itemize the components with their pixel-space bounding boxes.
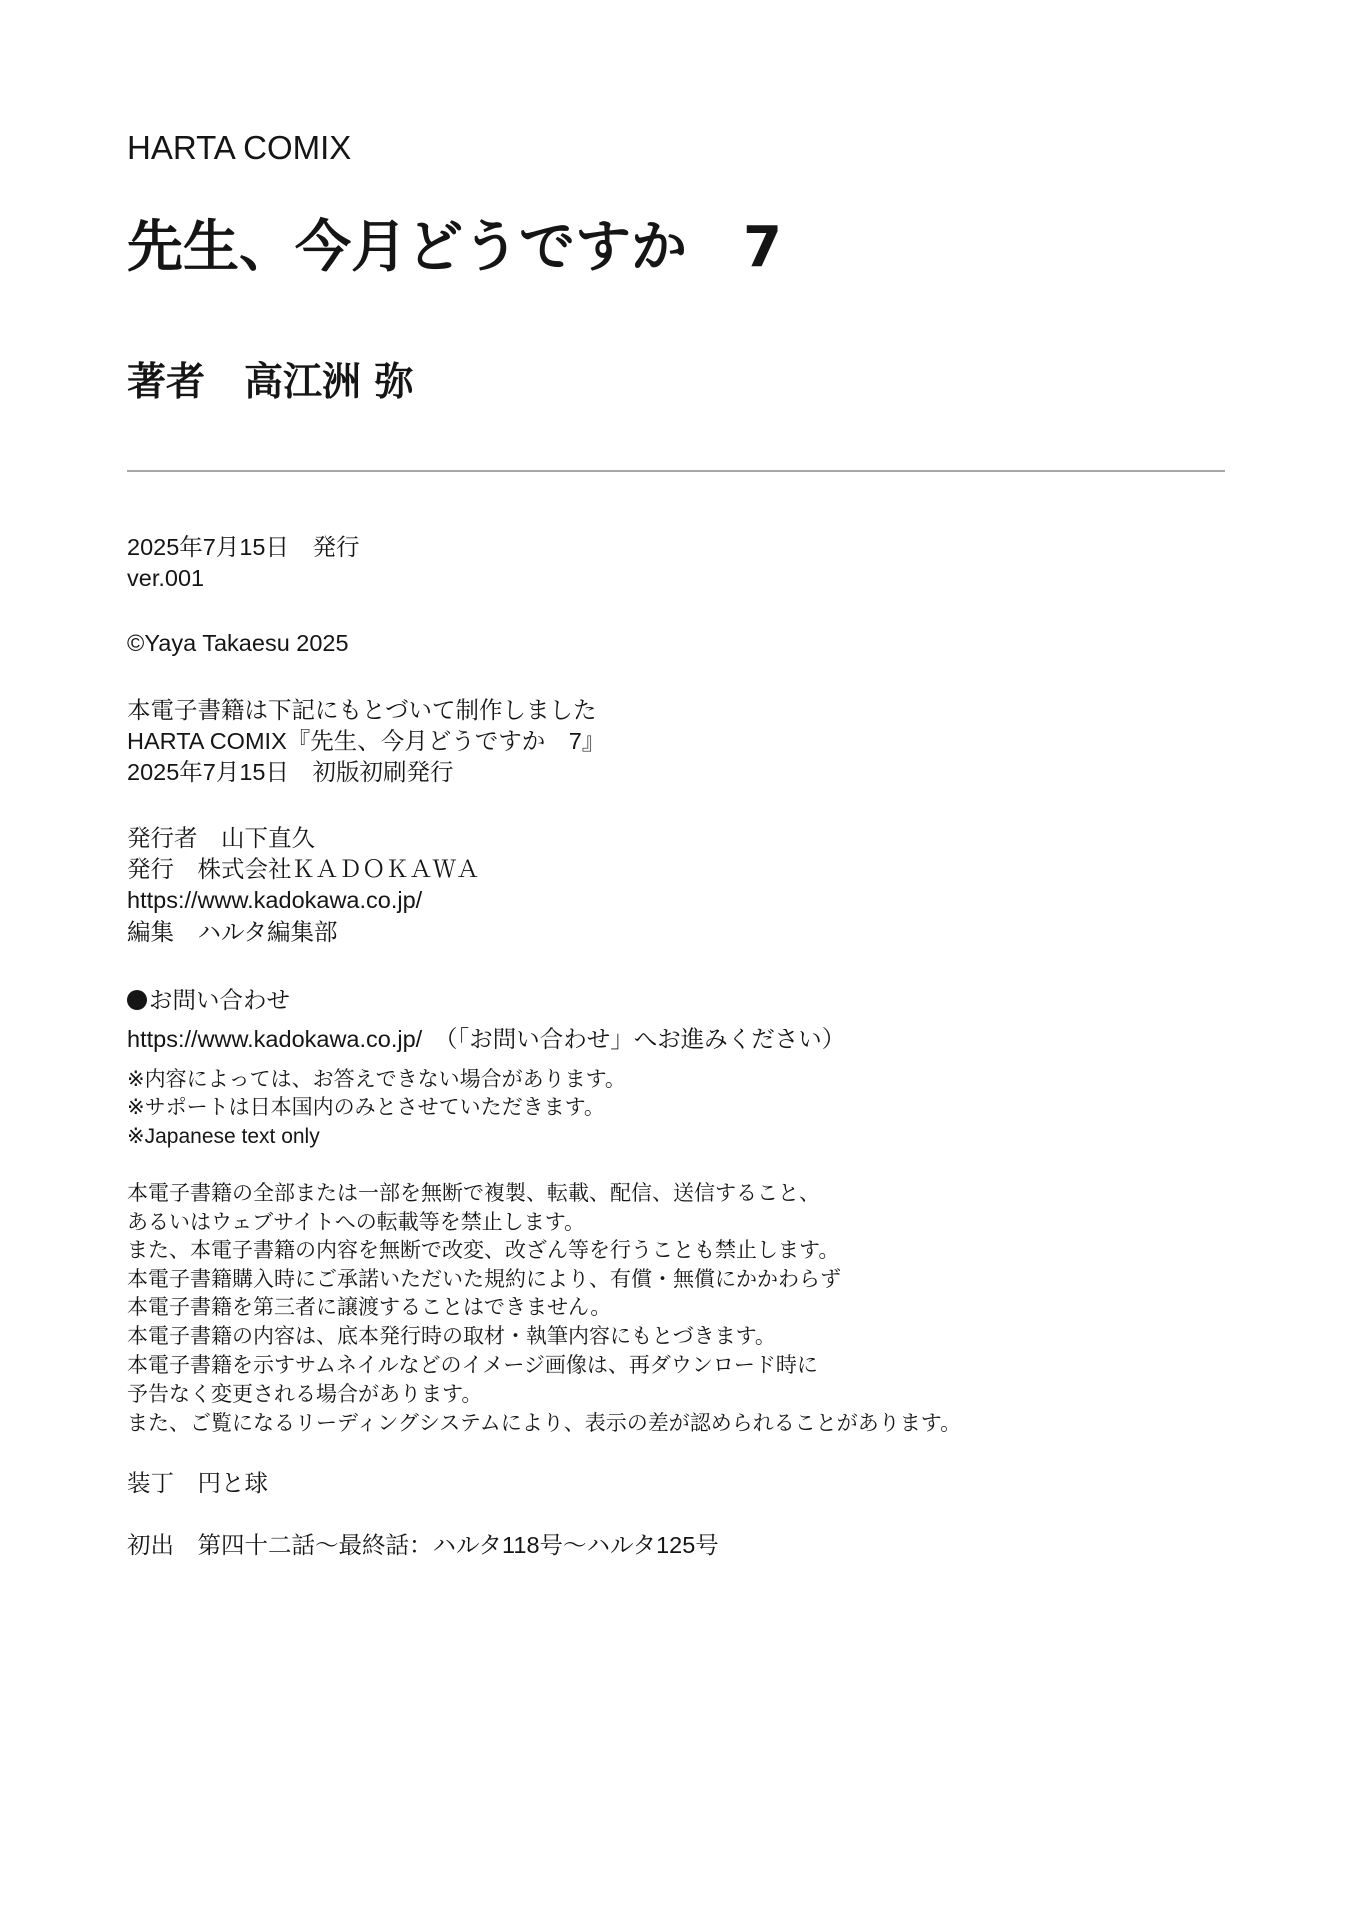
contact-note: ※Japanese text only [127, 1126, 320, 1147]
source-line-3: 2025年7月15日 初版初刷発行 [127, 761, 454, 785]
copyright-notice: ©Yaya Takaesu 2025 [127, 632, 349, 656]
bullet-icon [127, 990, 147, 1010]
legal-line: 本電子書籍の内容は、底本発行時の取材・執筆内容にもとづきます。 [127, 1326, 776, 1347]
editor-line: 編集 ハルタ編集部 [127, 921, 338, 945]
legal-line: 予告なく変更される場合があります。 [127, 1384, 482, 1405]
legal-line: また、ご覧になるリーディングシステムにより、表示の差が認められることがあります。 [127, 1413, 961, 1434]
contact-url-line: https://www.kadokawa.co.jp/ （「お問い合わせ」へお進… [127, 1028, 845, 1052]
publication-date: 2025年7月15日 発行 [127, 536, 360, 560]
legal-line: 本電子書籍購入時にご承諾いただいた規約により、有償・無償にかかわらず [127, 1269, 841, 1290]
legal-line: 本電子書籍を第三者に譲渡することはできません。 [127, 1297, 611, 1318]
contact-url-link[interactable]: https://www.kadokawa.co.jp/ [127, 1026, 422, 1052]
legal-line: 本電子書籍の全部または一部を無断で複製、転載、配信、送信すること、 [127, 1183, 820, 1204]
contact-url-instruction: （「お問い合わせ」へお進みください） [446, 1026, 846, 1052]
contact-note: ※サポートは日本国内のみとさせていただきます。 [127, 1097, 605, 1118]
contact-url-note [422, 1026, 446, 1052]
colophon-page: HARTA COMIX 先生、今月どうですか 7 著者 高江洲 弥 2025年7… [0, 0, 1350, 1920]
source-line-2: HARTA COMIX『先生、今月どうですか 7』 [127, 730, 605, 754]
publisher-url-line: https://www.kadokawa.co.jp/ [127, 889, 422, 913]
source-line-1: 本電子書籍は下記にもとづいて制作しました [127, 699, 597, 723]
contact-heading-label: お問い合わせ [149, 987, 290, 1013]
legal-line: また、本電子書籍の内容を無断で改変、改ざん等を行うことも禁止します。 [127, 1240, 839, 1261]
contact-note: ※内容によっては、お答えできない場合があります。 [127, 1069, 626, 1090]
publisher-company: 発行 株式会社ＫＡＤＯＫＡＷＡ [127, 858, 480, 882]
legal-line: あるいはウェブサイトへの転載等を禁止します。 [127, 1212, 585, 1233]
version-label: ver.001 [127, 567, 204, 591]
imprint-label: HARTA COMIX [127, 131, 351, 164]
first-appearance: 初出 第四十二話～最終話：ハルタ118号～ハルタ125号 [127, 1534, 719, 1558]
author-line: 著者 高江洲 弥 [127, 363, 414, 402]
legal-line: 本電子書籍を示すサムネイルなどのイメージ画像は、再ダウンロード時に [127, 1355, 818, 1376]
contact-heading: お問い合わせ [127, 989, 290, 1013]
design-credit: 装丁 円と球 [127, 1472, 268, 1496]
issuer-line: 発行者 山下直久 [127, 827, 315, 851]
book-title: 先生、今月どうですか 7 [127, 220, 782, 276]
publisher-url-link[interactable]: https://www.kadokawa.co.jp/ [127, 887, 422, 913]
divider [127, 470, 1225, 472]
